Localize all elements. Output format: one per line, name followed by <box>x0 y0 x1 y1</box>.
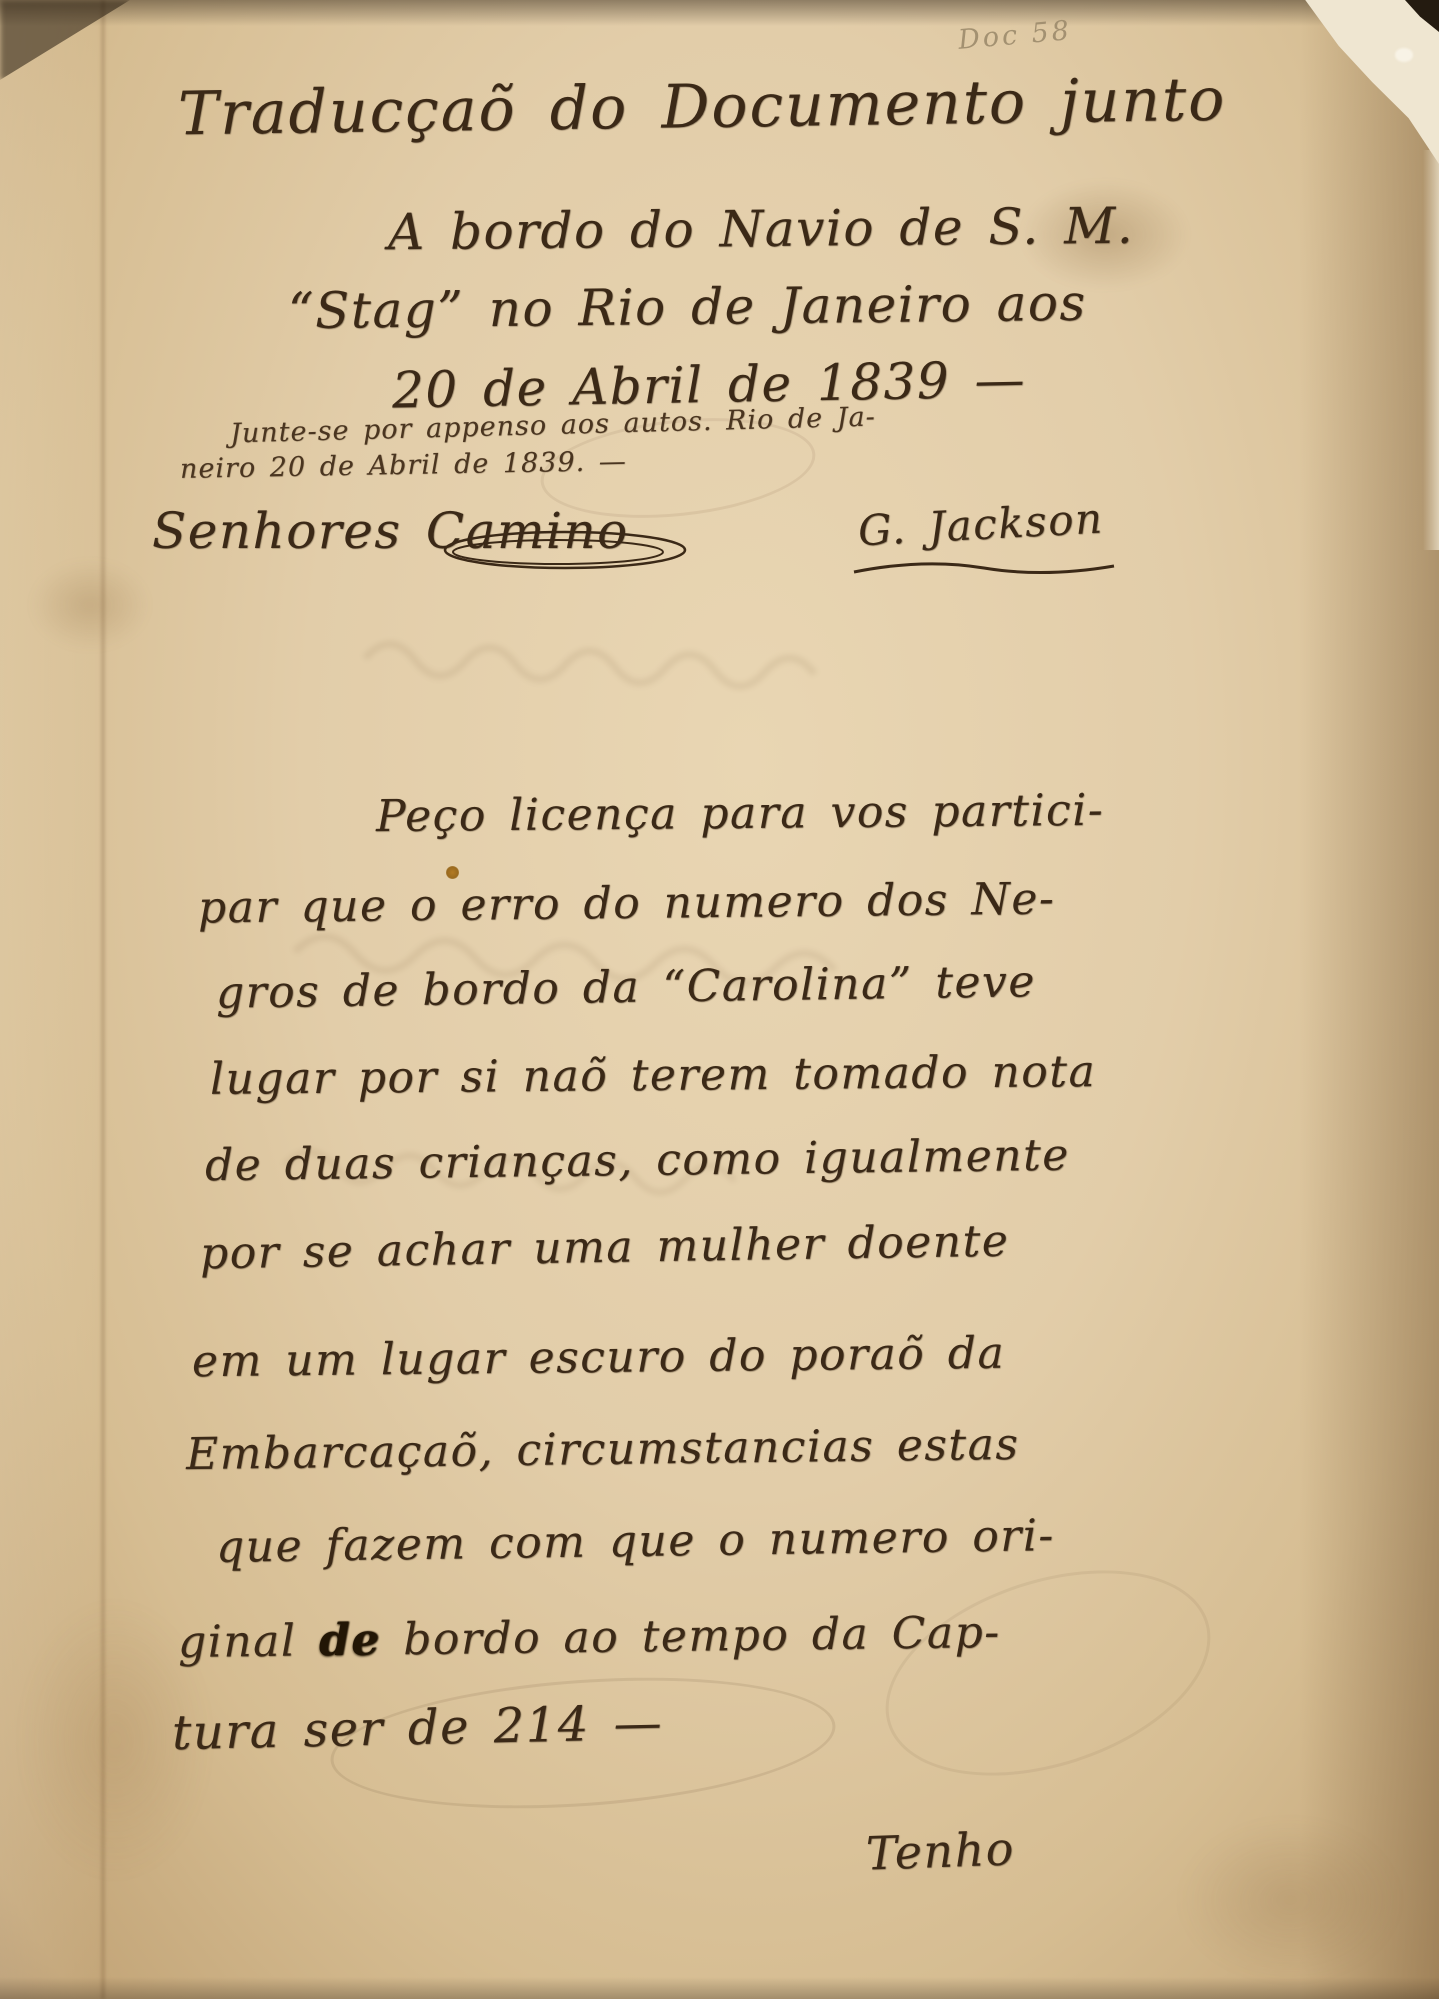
bottom-edge-shadow <box>0 1977 1439 1999</box>
document-title: Traducçaõ do Documento junto <box>178 65 1227 150</box>
pencil-annotation: Doc 58 <box>957 15 1073 56</box>
body-line-4: lugar por si naõ terem tomado nota <box>210 1046 1097 1105</box>
fold-crease <box>101 0 105 1999</box>
stain-left-middle <box>30 560 150 650</box>
body-line-2: par que o erro do numero dos Ne- <box>198 874 1056 934</box>
paper-edge-highlight <box>0 0 100 1999</box>
salutation-flourish <box>440 524 690 576</box>
torn-corner <box>1287 0 1439 164</box>
body-line-10-start: ginal <box>178 1616 297 1668</box>
closing-word: Tenho <box>865 1821 1016 1880</box>
bleedthrough-flourish <box>859 1533 1236 1814</box>
dateline-line-1: A bordo do Navio de S. M. <box>388 197 1135 262</box>
signature-swash <box>850 556 1120 580</box>
torn-corner-dark-tip <box>1389 0 1439 32</box>
top-edge-shadow <box>0 0 1439 26</box>
body-line-3: gros de bordo da “Carolina” teve <box>216 956 1037 1018</box>
top-left-corner-shadow <box>0 0 130 80</box>
torn-corner-highlight <box>1395 48 1413 62</box>
ink-stain-dot <box>446 866 459 879</box>
body-line-10-end: bordo ao tempo da Cap- <box>403 1607 1001 1665</box>
clerk-note-line-2: neiro 20 de Abril de 1839. — <box>180 446 627 485</box>
body-line-9: que fazem com que o numero ori- <box>216 1510 1055 1573</box>
paper-edge-shadow <box>1299 0 1439 1999</box>
manuscript-page: Doc 58 Traducçaõ do Documento junto A bo… <box>0 0 1439 1999</box>
body-line-11: tura ser de 214 — <box>171 1695 663 1761</box>
signature: G. Jackson <box>857 494 1105 556</box>
bleedthrough-writing <box>299 621 821 699</box>
body-line-5: de duas crianças, como igualmente <box>205 1130 1070 1192</box>
stain-bottom-right <box>1180 1820 1400 1980</box>
dateline-line-2: “Stag” no Rio de Janeiro aos <box>288 274 1087 340</box>
body-line-10-inkblot-word: de <box>319 1615 381 1667</box>
right-edge-light-strip <box>1423 150 1439 550</box>
body-line-10: ginal de bordo ao tempo da Cap- <box>178 1607 1001 1668</box>
body-line-8: Embarcaçaõ, circumstancias estas <box>186 1419 1020 1480</box>
body-line-7: em um lugar escuro do poraõ da <box>192 1328 1006 1388</box>
body-line-6: por se achar uma mulher doente <box>200 1216 1010 1280</box>
body-line-1: Peço licença para vos partici- <box>376 785 1105 842</box>
